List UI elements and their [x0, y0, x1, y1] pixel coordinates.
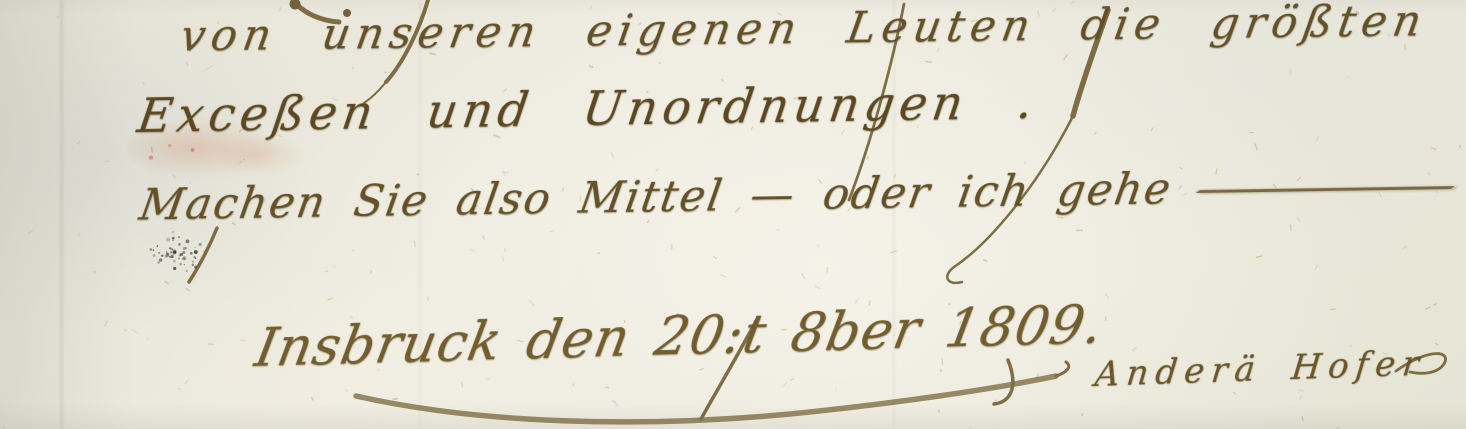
paper-fold-crease	[60, 0, 63, 429]
nine-tail	[994, 360, 1013, 404]
machen-descender	[189, 228, 217, 282]
manuscript-line-3-text: Machen Sie also Mittel — oder ich gehe	[136, 164, 1176, 230]
manuscript-line-2: Exceßen und Unordnungen .	[134, 75, 1041, 144]
trailing-dash: —	[1182, 159, 1466, 214]
paper-edge-shading	[0, 403, 1466, 429]
paper-edge-shading	[0, 0, 150, 429]
dateline-flourish-hook	[1056, 362, 1069, 376]
manuscript-line-3: Machen Sie also Mittel — oder ich gehe—	[136, 163, 1235, 230]
manuscript-line-1: von unseren eigenen Leuten die größten	[177, 0, 1431, 62]
manuscript-page: von unseren eigenen Leuten die größten E…	[0, 0, 1466, 429]
signature: Anderä Hofer	[1093, 343, 1428, 395]
dateline: Insbruck den 20:t 8ber 1809.	[251, 294, 1109, 379]
ink-blob	[290, 0, 301, 10]
descender-hook	[947, 267, 962, 283]
dateline-flourish	[356, 376, 1056, 422]
